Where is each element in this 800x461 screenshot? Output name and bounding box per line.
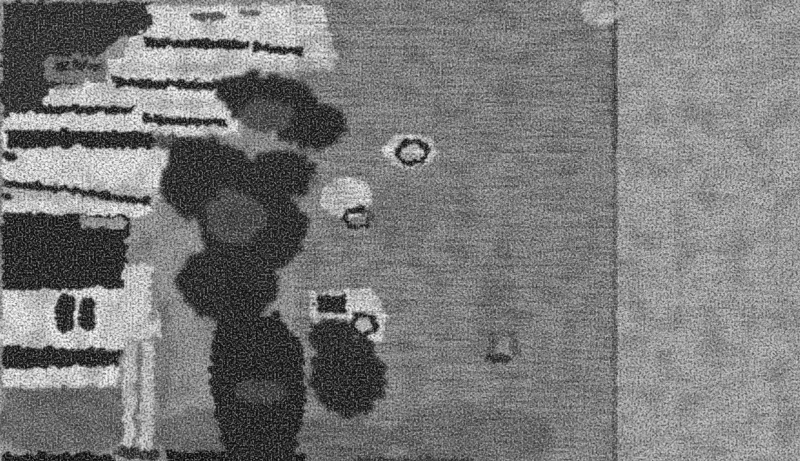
photo-canvas bbox=[0, 0, 800, 461]
light-grain-overlay bbox=[0, 0, 800, 461]
surveillance-photo bbox=[0, 0, 800, 461]
